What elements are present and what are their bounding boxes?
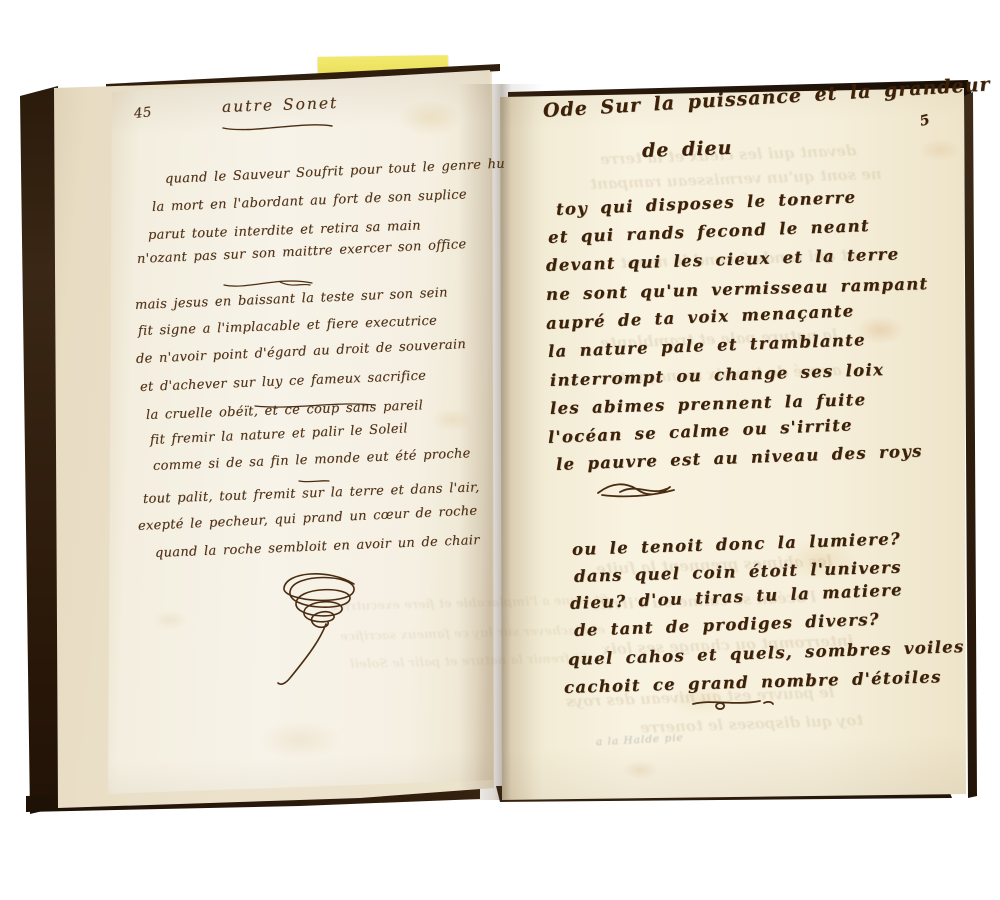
spiral-flourish <box>266 562 380 696</box>
verse-line: ne sont qu'un vermisseau rampant <box>546 274 929 304</box>
verse-underline-flourish-2 <box>252 398 378 412</box>
right-page-title-line2: de dieu <box>642 137 733 162</box>
verse-line: le pauvre est au niveau des roys <box>556 441 923 474</box>
verse-line: et qui rands fecond le neant <box>548 216 870 247</box>
verse-line: fit fremir la nature et palir le Soleil <box>150 421 408 448</box>
manuscript-photo: { "photo": { "background_color": "#fffff… <box>0 0 1000 900</box>
heading-underline-flourish <box>220 119 338 135</box>
verse-line: cachoit ce grand nombre d'étoiles <box>564 667 942 697</box>
verse-line: ou le tenoit donc la lumiere? <box>572 529 902 559</box>
verse-line: aupré de ta voix menaçante <box>546 301 855 333</box>
right-page-number: 5 <box>918 112 933 130</box>
verse-line: de n'avoir point d'égard au droit de sou… <box>136 337 467 367</box>
verse-line: les abimes prennent la fuite <box>550 390 867 418</box>
end-scribble <box>690 694 776 712</box>
verse-line: dieu? d'ou tiras tu la matiere <box>570 580 904 613</box>
verse-underline-flourish <box>222 276 318 292</box>
verse-line: toy qui disposes le tonerre <box>556 188 857 219</box>
verse-line: exepté le pecheur, qui prand un cœur de … <box>138 504 478 534</box>
verse-line: quand le Sauveur Soufrit pour tout le ge… <box>165 157 506 187</box>
left-page-number: 45 <box>133 104 152 122</box>
verse-dash-flourish <box>296 476 332 486</box>
left-page-heading: autre Sonet <box>222 94 339 116</box>
pencil-note: a la Halde pie <box>596 732 684 749</box>
ghost-line: fit fremir la nature et palir le Soleil <box>350 651 589 671</box>
verse-line: quel cahos et quels, sombres voiles <box>568 637 965 669</box>
verse-line: fit signe a l'implacable et fiere execut… <box>138 314 438 339</box>
verse-line: la mort en l'abordant au fort de son sup… <box>152 187 467 215</box>
verse-line: et d'achever sur luy ce fameux sacrifice <box>140 369 427 395</box>
photo-canvas: devant qui les cieux et la terrene sont … <box>0 0 1000 900</box>
divider-flourish <box>594 478 684 502</box>
verse-line: comme si de sa fin le monde eut été proc… <box>153 446 471 474</box>
verse-line: parut toute interdite et retira sa main <box>148 218 421 243</box>
verse-line: l'océan se calme ou s'irrite <box>548 415 854 447</box>
verse-line: de tant de prodiges divers? <box>574 610 880 640</box>
verse-line: la nature pale et tramblante <box>548 330 867 361</box>
verse-line: devant qui les cieux et la terre <box>546 244 900 275</box>
verse-line: interrompt ou change ses loix <box>550 360 885 390</box>
verse-line: quand la roche sembloit en avoir un de c… <box>155 533 480 561</box>
handwriting-layer: devant qui les cieux et la terrene sont … <box>0 0 1000 900</box>
